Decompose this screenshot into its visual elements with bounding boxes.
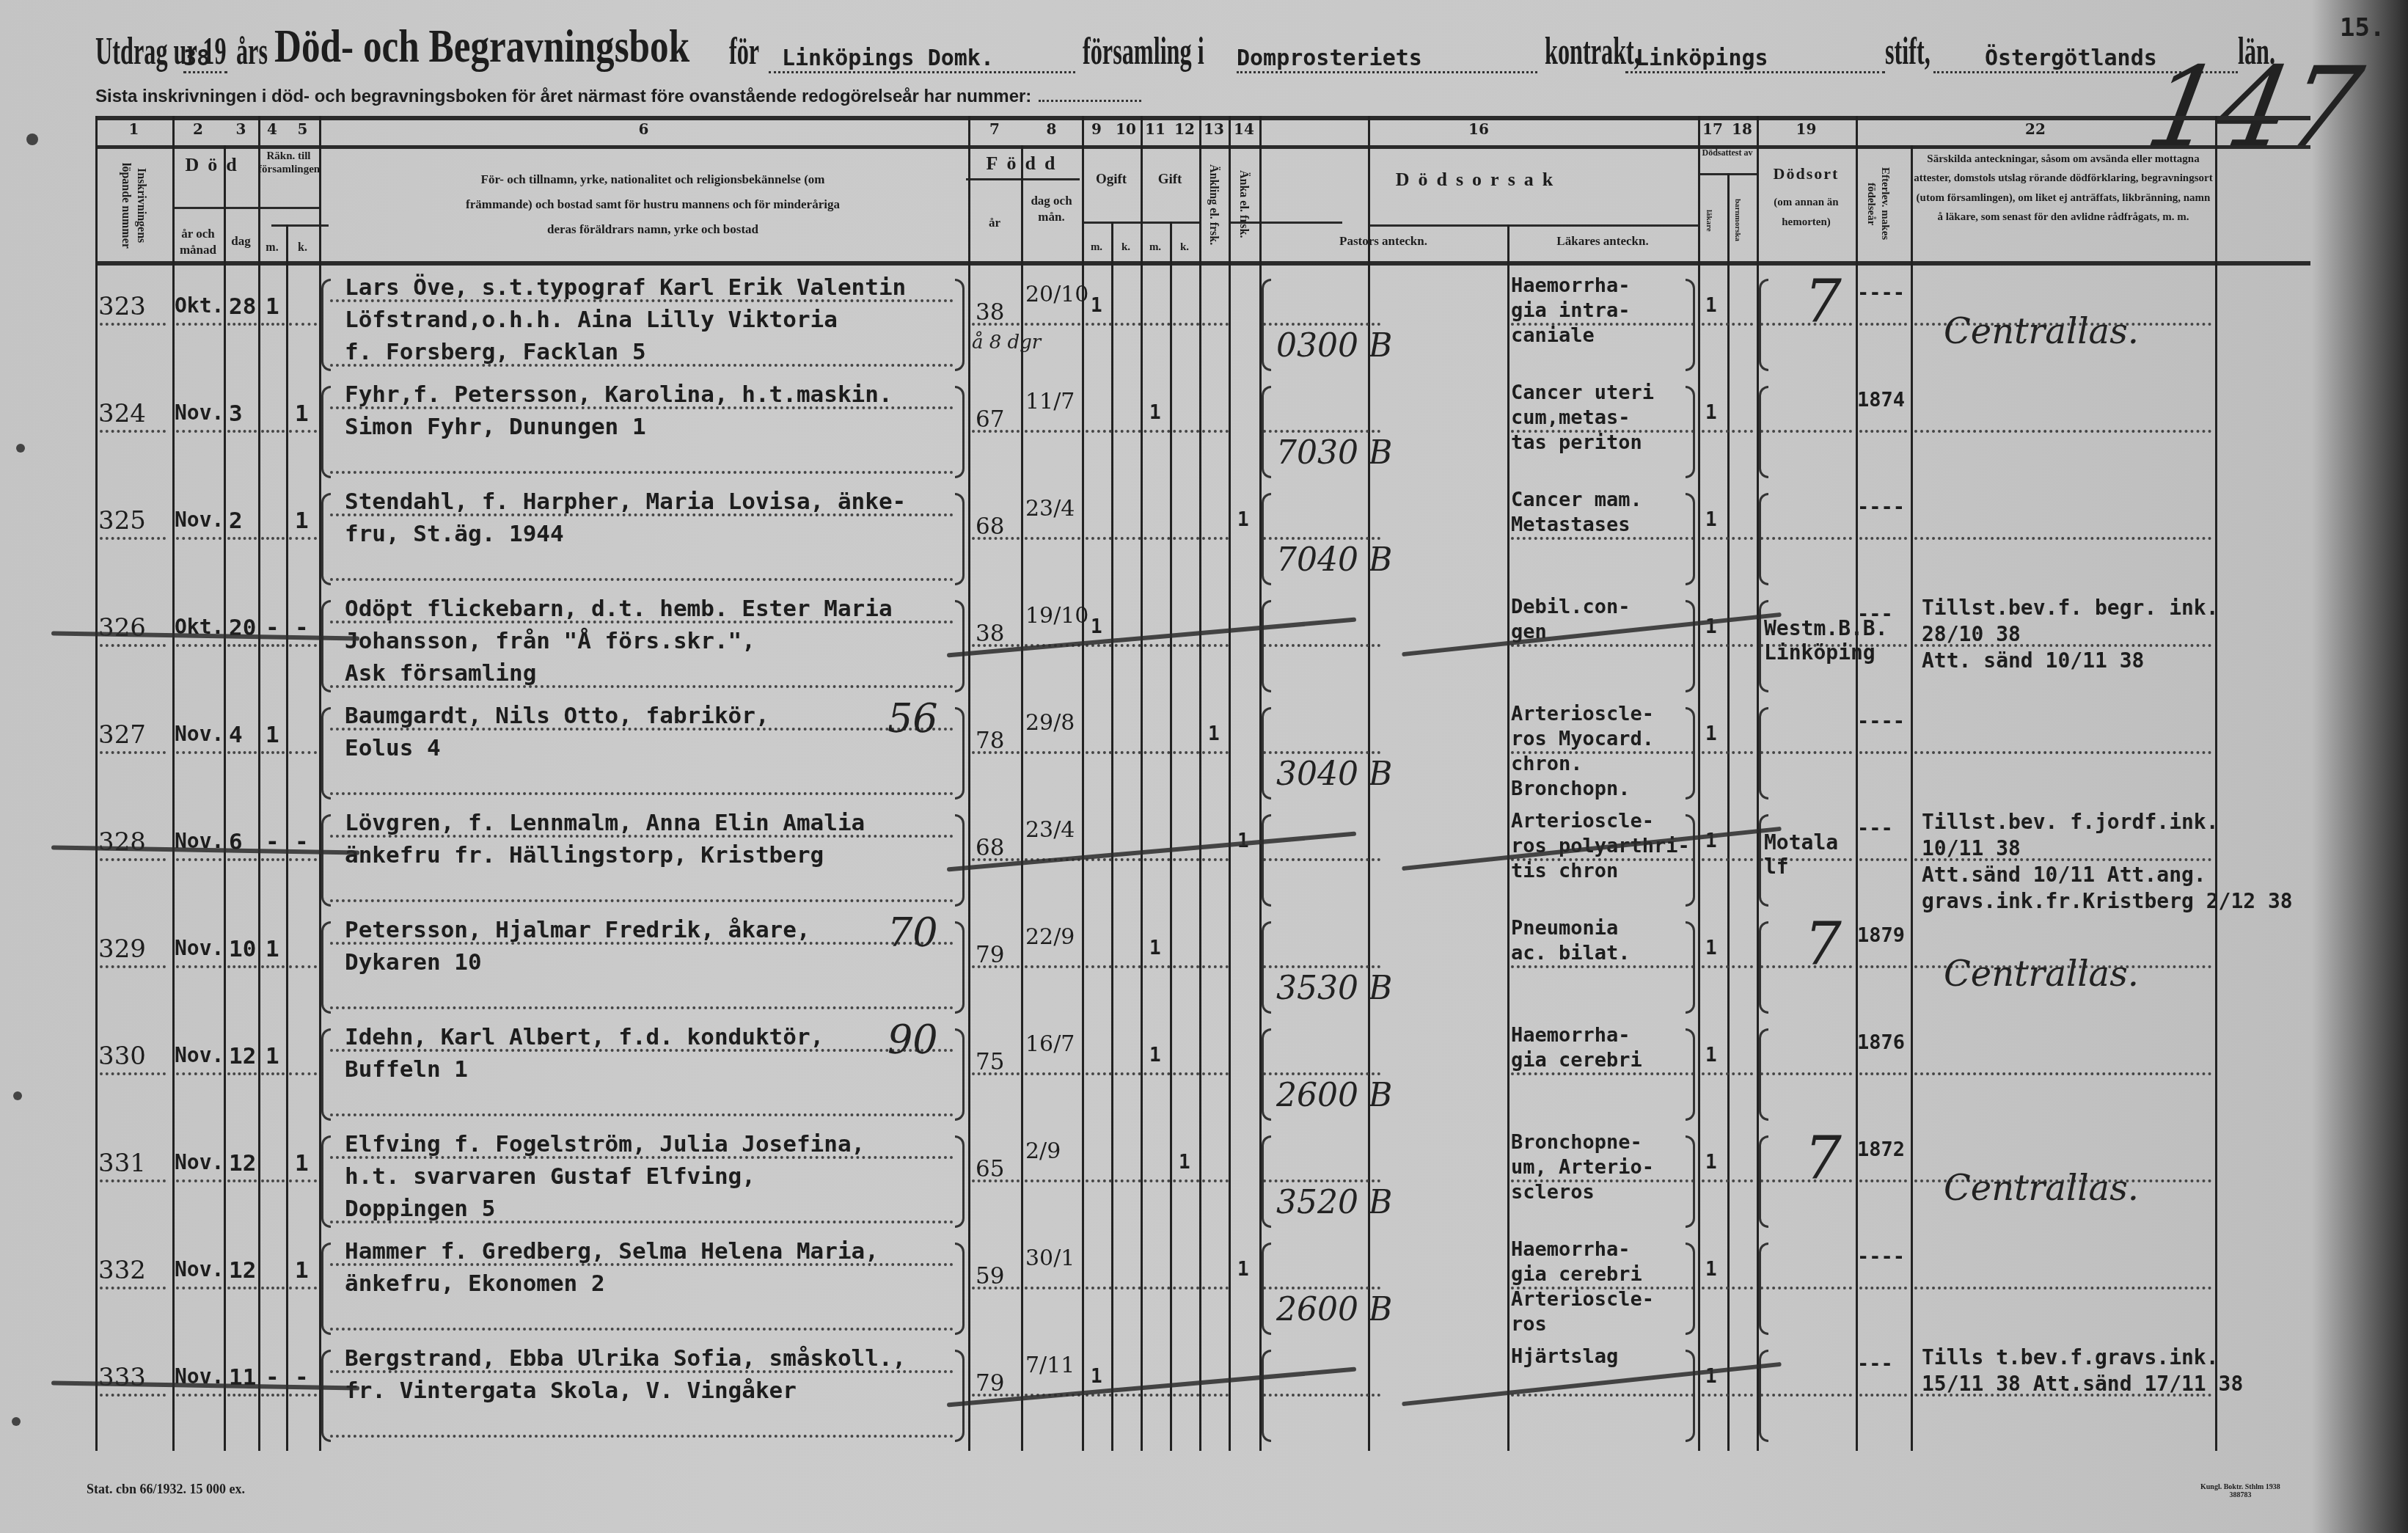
- row-rule: [261, 1072, 285, 1075]
- row-rule: [1914, 537, 2211, 540]
- row-rule: [1702, 537, 1753, 540]
- born-year: 68: [976, 513, 1004, 540]
- row-rule: [227, 537, 257, 540]
- header-doctor-notes: Läkares anteckn.: [1507, 233, 1698, 249]
- name-line: f. Forsberg, Facklan 5: [345, 339, 646, 365]
- born-day: 2/9: [1025, 1137, 1077, 1166]
- header-gift: Gift: [1141, 171, 1199, 189]
- title-ars: års: [236, 30, 268, 73]
- brace-right: [955, 1243, 965, 1335]
- born-note: å 8 dgr: [972, 332, 1041, 354]
- cause-line: ac. bilat.: [1511, 942, 1631, 965]
- table-row: 330Nov.121Idehn, Karl Albert, f.d. kondu…: [0, 1014, 2408, 1121]
- row-rule: [261, 965, 285, 968]
- row-rule: [100, 644, 166, 647]
- cause-line: Hjärtslag: [1511, 1345, 1618, 1368]
- counted-female: 1: [295, 1257, 309, 1284]
- last-entry-field: [1039, 100, 1141, 102]
- special-note: Att. sänd 10/11 38: [1922, 648, 2144, 673]
- colnum-18: 18: [1727, 120, 1757, 145]
- pastor-code: 2600 B: [1276, 1291, 1392, 1328]
- special-note: 28/10 38: [1922, 622, 2021, 646]
- row-rule: [1914, 1287, 2211, 1289]
- row-rule: [1760, 751, 1852, 754]
- row-rule: [289, 430, 317, 433]
- brace-left: [1759, 921, 1768, 1014]
- entry-number: 328: [98, 827, 146, 857]
- header-gift-k: k.: [1170, 241, 1199, 255]
- name-line: Ask församling: [345, 660, 536, 687]
- brace-left: [1759, 1135, 1768, 1228]
- death-month: Nov.: [175, 722, 224, 746]
- counted-female: 1: [295, 1150, 309, 1177]
- row-rule: [1760, 537, 1852, 540]
- brace-left: [1262, 1350, 1271, 1442]
- title-prefix: Utdrag ur 19: [95, 30, 227, 73]
- row-rule: [289, 537, 317, 540]
- civil-status-mark: 1: [1091, 616, 1102, 638]
- cause-line: Cancer uteri: [1511, 381, 1654, 404]
- row-rule: [261, 751, 285, 754]
- death-place: 7: [1804, 1124, 1848, 1192]
- special-note: Centrallas.: [1944, 954, 2139, 995]
- spouse-birth-year: ----: [1857, 496, 1905, 519]
- name-line: Fyhr,f. Petersson, Karolina, h.t.maskin.: [345, 381, 893, 408]
- entry-number: 325: [98, 506, 146, 535]
- brace-left: [1759, 279, 1768, 371]
- attest-doctor: 1: [1705, 295, 1717, 317]
- brace-right: [955, 1135, 965, 1228]
- row-rule: [261, 323, 285, 326]
- civil-status-mark: 1: [1179, 1152, 1190, 1174]
- colnum-16: 16: [1259, 120, 1698, 145]
- special-note: Centrallas.: [1944, 1168, 2139, 1209]
- civil-status-mark: 1: [1149, 402, 1161, 424]
- death-place: Motala lf: [1764, 830, 1859, 879]
- printer-number: 388783: [2200, 1491, 2280, 1499]
- row-rule: [261, 1179, 285, 1182]
- death-place: 7: [1804, 910, 1848, 978]
- parish-field: Linköpings Domk.: [769, 45, 1075, 73]
- row-bottom-rule: [330, 471, 954, 474]
- strike-through-right: [1402, 612, 1782, 656]
- cause-line: caniale: [1511, 324, 1595, 347]
- header-year-month: år och månad: [172, 226, 224, 258]
- row-rule: [289, 1287, 317, 1289]
- row-rule: [1702, 1179, 1753, 1182]
- pastor-code: 7040 B: [1276, 541, 1392, 579]
- counted-male: 1: [266, 722, 279, 748]
- header-m: m.: [258, 241, 286, 256]
- cause-line: Arterioscle-: [1511, 703, 1654, 725]
- table-row: 329Nov.101Petersson, Hjalmar Fredrik, åk…: [0, 907, 2408, 1014]
- special-note: 10/11 38: [1922, 836, 2021, 860]
- row-rule: [289, 323, 317, 326]
- brace-right: [1686, 1243, 1695, 1335]
- civil-status-mark: 1: [1091, 295, 1102, 317]
- header-ogift-m: m.: [1082, 241, 1111, 255]
- cause-line: chron.: [1511, 753, 1583, 775]
- brace-left: [1262, 921, 1271, 1014]
- row-rule: [1086, 323, 1229, 326]
- name-line: Stendahl, f. Harpher, Maria Lovisa, änke…: [345, 489, 906, 515]
- row-rule: [1086, 430, 1229, 433]
- born-year: 79: [976, 1370, 1004, 1397]
- death-month: Nov.: [175, 400, 224, 425]
- row-rule: [1263, 1287, 1380, 1289]
- brace-right: [1686, 386, 1695, 478]
- name-line: Lövgren, f. Lennmalm, Anna Elin Amalia: [345, 810, 865, 836]
- born-year: 79: [976, 942, 1004, 968]
- row-rule: [1025, 1179, 1080, 1182]
- civil-status-mark: 1: [1149, 937, 1161, 959]
- table-row: 331Nov.121Elfving f. Fogelström, Julia J…: [0, 1121, 2408, 1228]
- brace-right: [1686, 493, 1695, 585]
- row-rule: [176, 965, 222, 968]
- header-day: dag: [224, 233, 258, 249]
- row-rule: [261, 537, 285, 540]
- header-counted: Räkn. till församlingen: [258, 150, 319, 176]
- spouse-birth-year: 1876: [1857, 1031, 1905, 1054]
- death-month: Nov.: [175, 1257, 224, 1281]
- entry-number: 324: [98, 399, 146, 428]
- row-rule: [1914, 751, 2211, 754]
- row-rule: [1263, 323, 1380, 326]
- header-fodd: Född: [968, 151, 1082, 176]
- row-rule: [227, 751, 257, 754]
- book-title: Död- och Begravningsbok: [274, 19, 689, 73]
- row-rule: [1702, 1394, 1753, 1397]
- death-place: Westm.B.B. Linköping: [1764, 616, 1859, 665]
- row-rule: [176, 1179, 222, 1182]
- row-bottom-rule: [330, 1006, 954, 1009]
- colnum-8: 8: [1021, 120, 1082, 145]
- row-rule: [100, 965, 166, 968]
- attest-doctor: 1: [1705, 1152, 1717, 1174]
- special-note: Tillst.bev.f. begr. ink.: [1922, 596, 2219, 620]
- row-rule: [1086, 1394, 1229, 1397]
- brace-right: [1686, 921, 1695, 1014]
- brace-left: [1759, 386, 1768, 478]
- counted-male: 1: [266, 293, 279, 320]
- name-line: Petersson, Hjalmar Fredrik, åkare,: [345, 917, 810, 943]
- last-entry-label: Sista inskrivningen i död- och begravnin…: [95, 87, 1031, 106]
- born-year: 67: [976, 406, 1004, 433]
- row-rule: [100, 1287, 166, 1289]
- row-bottom-rule: [330, 1113, 954, 1116]
- brace-left: [321, 493, 331, 585]
- cause-line: um, Arterio-: [1511, 1156, 1654, 1179]
- cause-line: Cancer mam.: [1511, 489, 1642, 511]
- row-rule: [1760, 430, 1852, 433]
- handwritten-age: 56: [888, 695, 938, 742]
- row-rule: [176, 1394, 222, 1397]
- title-stift: stift,: [1885, 30, 1931, 73]
- born-year: 68: [976, 835, 1004, 861]
- row-rule: [1025, 751, 1080, 754]
- row-bottom-rule: [330, 1328, 954, 1331]
- row-rule: [227, 1394, 257, 1397]
- row-rule: [1702, 1287, 1753, 1289]
- name-line: Odöpt flickebarn, d.t. hemb. Ester Maria: [345, 596, 893, 622]
- counted-male: 1: [266, 1043, 279, 1069]
- death-day: 4: [229, 722, 243, 748]
- civil-status-mark: 1: [1237, 1259, 1249, 1281]
- colnum-2: 2: [172, 120, 224, 145]
- table-row: 328Nov.6--Lövgren, f. Lennmalm, Anna Eli…: [0, 800, 2408, 907]
- brace-right: [1686, 707, 1695, 800]
- brace-right: [1686, 1350, 1695, 1442]
- row-rule: [100, 858, 166, 861]
- brace-right: [1686, 814, 1695, 907]
- born-day: 29/8: [1025, 709, 1077, 738]
- row-rule: [1702, 430, 1753, 433]
- row-rule: [1702, 751, 1753, 754]
- row-bottom-rule: [330, 578, 954, 581]
- born-year: 38: [976, 299, 1004, 326]
- strike-through-mid: [947, 618, 1356, 658]
- entry-number: 332: [98, 1256, 146, 1285]
- brace-left: [1262, 493, 1271, 585]
- diocese-field: Linköpings: [1625, 45, 1885, 73]
- name-line: änkefru, Ekonomen 2: [345, 1270, 605, 1297]
- row-rule: [100, 1179, 166, 1182]
- colnum-13: 13: [1199, 120, 1229, 145]
- brace-left: [1262, 386, 1271, 478]
- row-rule: [261, 858, 285, 861]
- row-rule: [1086, 644, 1229, 647]
- strike-through-right: [1402, 1362, 1782, 1406]
- row-rule: [100, 537, 166, 540]
- cause-line: Haemorrha-: [1511, 1238, 1631, 1261]
- row-rule: [176, 858, 222, 861]
- title-forsamling: församling i: [1083, 30, 1204, 73]
- death-day: 12: [229, 1150, 256, 1177]
- row-rule: [1702, 965, 1753, 968]
- brace-right: [1686, 600, 1695, 692]
- attest-doctor: 1: [1705, 937, 1717, 959]
- brace-right: [955, 814, 965, 907]
- spouse-birth-year: 1872: [1857, 1138, 1905, 1161]
- row-rule: [289, 1072, 317, 1075]
- death-month: Nov.: [175, 508, 224, 532]
- row-rule: [100, 751, 166, 754]
- row-rule: [1263, 858, 1380, 861]
- row-rule: [176, 751, 222, 754]
- brace-left: [1759, 1243, 1768, 1335]
- born-day: 20/10: [1025, 280, 1077, 310]
- row-rule: [1859, 1394, 1907, 1397]
- row-rule: [100, 323, 166, 326]
- row-rule: [176, 1287, 222, 1289]
- spouse-birth-year: ---: [1857, 817, 1893, 840]
- colnum-4: 4: [258, 120, 286, 145]
- row-rule: [1859, 751, 1907, 754]
- row-rule: [289, 1394, 317, 1397]
- name-line: änkefru fr. Hällingstorp, Kristberg: [345, 842, 824, 868]
- brace-left: [1262, 1028, 1271, 1121]
- death-month: Okt.: [175, 293, 224, 318]
- row-bottom-rule: [330, 1435, 954, 1438]
- name-line: Dykaren 10: [345, 949, 482, 976]
- row-rule: [1263, 1179, 1380, 1182]
- pastor-code: 3530 B: [1276, 970, 1392, 1007]
- brace-left: [321, 1350, 331, 1442]
- handwritten-age: 70: [888, 910, 938, 956]
- header-widower: Änkling el. frsk.: [1205, 150, 1221, 260]
- brace-left: [1262, 1135, 1271, 1228]
- entry-number: 323: [98, 292, 146, 321]
- attest-doctor: 1: [1705, 1044, 1717, 1066]
- cause-line: cum,metas-: [1511, 406, 1631, 429]
- cause-line: Bronchopn.: [1511, 778, 1631, 800]
- row-rule: [176, 1072, 222, 1075]
- row-rule: [261, 1287, 285, 1289]
- strike-through-mid: [947, 832, 1356, 872]
- born-day: 11/7: [1025, 387, 1077, 417]
- colnum-12: 12: [1170, 120, 1199, 145]
- colnum-22: 22: [1856, 120, 2215, 145]
- born-year: 78: [976, 728, 1004, 754]
- row-rule: [1859, 323, 1907, 326]
- name-line: Löfstrand,o.h.h. Aina Lilly Viktoria: [345, 307, 838, 333]
- row-rule: [1263, 1072, 1380, 1075]
- death-day: 2: [229, 508, 243, 534]
- page-number: 15.: [2340, 13, 2385, 43]
- brace-left: [321, 1135, 331, 1228]
- row-rule: [289, 644, 317, 647]
- name-line: Johansson, från "Å förs.skr.",: [345, 628, 755, 654]
- punch-hole: [26, 133, 38, 145]
- header-ogift: Ogift: [1082, 171, 1141, 189]
- brace-left: [321, 707, 331, 800]
- row-rule: [1263, 430, 1380, 433]
- colnum-9: 9: [1082, 120, 1111, 145]
- colnum-3: 3: [224, 120, 258, 145]
- cause-line: Haemorrha-: [1511, 274, 1631, 297]
- row-bottom-rule: [330, 899, 954, 902]
- row-rule: [176, 537, 222, 540]
- row-rule: [1702, 644, 1753, 647]
- brace-left: [1262, 1243, 1271, 1335]
- table-row: 327Nov.41Baumgardt, Nils Otto, fabrikör,…: [0, 692, 2408, 800]
- row-rule: [1086, 965, 1229, 968]
- counted-female: 1: [295, 400, 309, 427]
- born-year: 59: [976, 1263, 1004, 1289]
- brace-right: [955, 600, 965, 692]
- brace-left: [321, 1243, 331, 1335]
- colnum-11: 11: [1141, 120, 1170, 145]
- death-day: 12: [229, 1043, 256, 1069]
- row-bottom-rule: [330, 792, 954, 795]
- colnum-1: 1: [95, 120, 172, 145]
- row-rule: [1859, 965, 1907, 968]
- special-note: Tillst.bev. f.jordf.ink.: [1922, 810, 2219, 834]
- handwritten-age: 90: [888, 1017, 938, 1063]
- brace-right: [1686, 1028, 1695, 1121]
- born-year: 75: [976, 1049, 1004, 1075]
- name-line: fru, St.äg. 1944: [345, 521, 564, 547]
- row-rule: [227, 430, 257, 433]
- row-rule: [227, 323, 257, 326]
- row-rule: [289, 965, 317, 968]
- row-rule: [1859, 430, 1907, 433]
- header-cause: Dödsorsak: [1259, 167, 1698, 192]
- row-rule: [289, 858, 317, 861]
- header-certificate: Dödsattest av: [1698, 148, 1757, 158]
- header-pastor-notes: Pastors anteckn.: [1259, 233, 1507, 249]
- brace-left: [1759, 1028, 1768, 1121]
- brace-left: [1262, 814, 1271, 907]
- brace-right: [1686, 1135, 1695, 1228]
- counted-male: 1: [266, 936, 279, 962]
- attest-doctor: 1: [1705, 1259, 1717, 1281]
- row-rule: [1511, 965, 1694, 968]
- row-rule: [1025, 965, 1080, 968]
- row-rule: [1086, 537, 1229, 540]
- colnum-10: 10: [1111, 120, 1141, 145]
- header-midwife: barnmorska: [1732, 186, 1743, 255]
- row-rule: [1914, 430, 2211, 433]
- attest-doctor: 1: [1705, 509, 1717, 531]
- brace-right: [955, 386, 965, 478]
- row-rule: [100, 1394, 166, 1397]
- header-entry-number: Inskrivningens löpande nummer: [117, 153, 148, 259]
- row-rule: [289, 1179, 317, 1182]
- brace-right: [955, 1028, 965, 1121]
- colnum-6: 6: [319, 120, 968, 145]
- row-rule: [100, 430, 166, 433]
- cause-line: Bronchopne-: [1511, 1131, 1642, 1154]
- colnum-14: 14: [1229, 120, 1259, 145]
- name-line: Hammer f. Gredberg, Selma Helena Maria,: [345, 1238, 879, 1265]
- row-rule: [1760, 1072, 1852, 1075]
- row-rule: [176, 323, 222, 326]
- table-row: 324Nov.31Fyhr,f. Petersson, Karolina, h.…: [0, 371, 2408, 478]
- form-title: Utdrag ur 19 38 års Död- och Begravnings…: [95, 22, 2298, 73]
- row-rule: [1859, 537, 1907, 540]
- row-rule: [1760, 1287, 1852, 1289]
- entry-number: 327: [98, 720, 146, 750]
- special-note: 15/11 38 Att.sänd 17/11 38: [1922, 1372, 2243, 1396]
- counted-female: 1: [295, 508, 309, 534]
- header-gift-m: m.: [1141, 241, 1170, 255]
- row-rule: [227, 1072, 257, 1075]
- row-rule: [1859, 858, 1907, 861]
- brace-left: [321, 921, 331, 1014]
- born-day: 30/1: [1025, 1244, 1077, 1273]
- header-name-description: För- och tillnamn, yrke, nationalitet oc…: [462, 167, 843, 242]
- entry-number: 326: [98, 613, 146, 643]
- row-rule: [1086, 1179, 1229, 1182]
- civil-status-mark: 1: [1208, 723, 1220, 745]
- name-line: Bergstrand, Ebba Ulrika Sofia, småskoll.…: [345, 1345, 906, 1372]
- title-for: för: [729, 30, 759, 73]
- brace-left: [321, 600, 331, 692]
- colnum-19: 19: [1757, 120, 1856, 145]
- spouse-birth-year: ---: [1857, 1353, 1893, 1375]
- row-rule: [176, 430, 222, 433]
- cause-line: gia intra-: [1511, 299, 1631, 322]
- born-day: 19/10: [1025, 601, 1077, 631]
- row-rule: [1086, 751, 1229, 754]
- row-rule: [1086, 1287, 1229, 1289]
- death-month: Nov.: [175, 936, 224, 960]
- brace-left: [1759, 707, 1768, 800]
- row-rule: [1086, 1072, 1229, 1075]
- table-row: 332Nov.121Hammer f. Gredberg, Selma Hele…: [0, 1228, 2408, 1335]
- name-line: Baumgardt, Nils Otto, fabrikör,: [345, 703, 769, 729]
